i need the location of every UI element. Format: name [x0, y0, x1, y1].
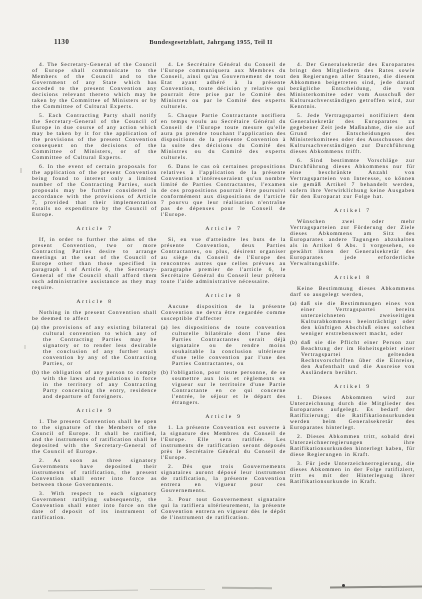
- paragraph: 3. With respect to each signatory Govern…: [32, 491, 157, 521]
- paragraph: If, in order to further the aims of the …: [32, 237, 157, 291]
- paragraph: 3. Für jede Unterzeichnerregierung, die …: [290, 461, 415, 485]
- running-head-title: Bundesgesetzblatt, Jahrgang 1955, Teil I…: [0, 39, 422, 46]
- three-column-text-block: 4. The Secretary-General of the Council …: [32, 62, 415, 589]
- text-column: 4. Le Secrétaire Général du Conseil de l…: [161, 62, 286, 589]
- text-column: 4. Der Generalsekretär des Europarates b…: [290, 62, 415, 589]
- paragraph: 5. Jede Vertragspartei notifiziert dem G…: [290, 113, 415, 155]
- article-heading: Artikel 7: [290, 208, 415, 214]
- paragraph: 5. Chaque Partie Contractante notifiera …: [161, 113, 286, 161]
- list-item: (a) the provisions of any existing bilat…: [32, 325, 157, 367]
- article-heading: Article 9: [32, 408, 157, 414]
- paragraph: 6. Sind bestimmte Vorschläge zur Durchfü…: [290, 158, 415, 200]
- article-heading: Article 7: [32, 226, 157, 232]
- paragraph: 1. Dieses Abkommen wird zur Unterzeichnu…: [290, 395, 415, 431]
- paragraph: 2. Dieses Abkommen tritt, sobald drei Un…: [290, 434, 415, 458]
- list-item-marker: (a): [290, 301, 301, 307]
- list-item-marker: (b): [290, 340, 301, 346]
- list-item: (b) l'obligation, pour toute personne, d…: [161, 370, 286, 406]
- list-item-marker: (b): [161, 370, 170, 376]
- paragraph: Nothing in the present Convention shall …: [32, 310, 157, 322]
- paragraph: Aucune disposition de la présente Conven…: [161, 304, 286, 322]
- list-item: (b) the obligation of any person to comp…: [32, 370, 157, 400]
- paragraph: Keine Bestimmung dieses Abkommens darf s…: [290, 286, 415, 298]
- paragraph: 3. Pour tout Gouvernement signataire qui…: [161, 497, 286, 521]
- paragraph: 1. La présente Convention est ouverte à …: [161, 425, 286, 461]
- article-heading: Article 8: [161, 293, 286, 299]
- list-item: (a) les dispositions de toute convention…: [161, 325, 286, 367]
- article-heading: Article 8: [32, 299, 157, 305]
- paragraph: 6. In the event of certain proposals for…: [32, 164, 157, 218]
- paragraph: 2. Dès que trois Gouvernements signatair…: [161, 464, 286, 494]
- list-item: (a) daß sie die Bestimmungen eines von e…: [290, 301, 415, 337]
- paragraph: Wünschen zwei oder mehr Vertragsparteien…: [290, 219, 415, 267]
- paragraph: 6. Dans le cas où certaines propositions…: [161, 164, 286, 218]
- list-item-marker: (a): [161, 325, 172, 331]
- list-item: (b) daß sie die Pflicht einer Person zur…: [290, 340, 415, 376]
- paragraph: 5. Each Contracting Party shall notify t…: [32, 113, 157, 161]
- article-heading: Artikel 8: [290, 275, 415, 281]
- list-item-marker: (b): [32, 370, 42, 376]
- article-heading: Article 7: [161, 226, 286, 232]
- paragraph: 1. The present Convention shall be open …: [32, 419, 157, 455]
- paragraph: 4. The Secretary-General of the Council …: [32, 62, 157, 110]
- paragraph: 4. Le Secrétaire Général du Conseil de l…: [161, 62, 286, 110]
- list-item-marker: (a): [32, 325, 41, 331]
- text-column: 4. The Secretary-General of the Council …: [32, 62, 157, 589]
- paragraph: Si, en vue d'atteindre les buts de la pr…: [161, 237, 286, 285]
- article-heading: Artikel 9: [290, 384, 415, 390]
- article-heading: Article 9: [161, 414, 286, 420]
- paragraph: 2. As soon as three signatory Government…: [32, 458, 157, 488]
- paragraph: 4. Der Generalsekretär des Europarates b…: [290, 62, 415, 110]
